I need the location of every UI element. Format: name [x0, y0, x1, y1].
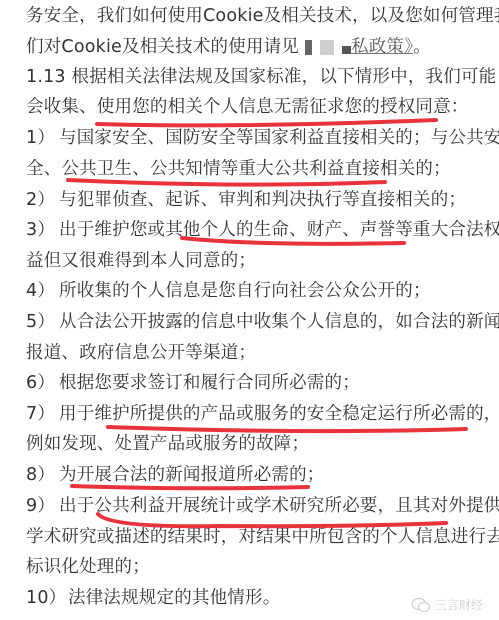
list-number: 6）	[26, 368, 59, 398]
list-item: 10）法律法规规定的其他情形。	[26, 583, 280, 613]
text-line: 标识化处理的；	[26, 552, 150, 582]
list-text: 所收集的个人信息是您自行向社会公众公开的；	[59, 281, 431, 301]
text-line: 例如发现、处置产品或服务的故障；	[26, 429, 309, 459]
list-number: 5）	[26, 307, 59, 337]
text-segment: 。	[413, 37, 431, 57]
redacted-block	[305, 40, 312, 55]
text-line: 们对Cookie及相关技术的使用请见私政策》。	[26, 32, 431, 62]
redacted-block	[342, 46, 351, 54]
list-item: 3）出于维护您或其他个人的生命、财产、声誉等重大合法权	[26, 215, 499, 245]
list-item: 9）出于公共利益开展统计或学术研究所必要，且其对外提供	[26, 491, 499, 521]
list-number: 8）	[26, 460, 59, 490]
list-text: 为开展合法的新闻报道所必需的；	[59, 465, 325, 485]
section-heading: 1.13 根据相关法律法规及国家标准，以下情形中，我们可能	[26, 62, 496, 92]
text-line: 务安全，我们如何使用Cookie及相关技术，以及您如何管理我	[26, 1, 499, 31]
list-item: 8）为开展合法的新闻报道所必需的；	[26, 460, 325, 490]
list-number: 2）	[26, 185, 59, 215]
text-line: 学术研究或描述的结果时，对结果中所包含的个人信息进行去	[26, 522, 499, 552]
list-number: 3）	[26, 215, 59, 245]
text-line: 全、公共卫生、公共知情等重大公共利益直接相关的；	[26, 154, 451, 184]
list-number: 9）	[26, 491, 59, 521]
list-item: 5）从合法公开披露的信息中收集个人信息的，如合法的新闻	[26, 307, 499, 337]
watermark-text: 三言财经	[435, 596, 483, 613]
list-number: 10）	[26, 583, 68, 613]
list-text: 出于公共利益开展统计或学术研究所必要，且其对外提供	[59, 496, 499, 516]
list-text: 出于维护您或其他个人的生命、财产、声誉等重大合法权	[59, 220, 499, 240]
text-line: 报道、政府信息公开等渠道；	[26, 338, 256, 368]
redacted-block	[320, 40, 334, 55]
list-text: 从合法公开披露的信息中收集个人信息的，如合法的新闻	[59, 312, 499, 332]
list-number: 4）	[26, 276, 59, 306]
list-item: 2）与犯罪侦查、起诉、审判和判决执行等直接相关的；	[26, 185, 466, 215]
list-item: 7）用于维护所提供的产品或服务的安全稳定运行所必需的，	[26, 399, 499, 429]
list-item: 6）根据您要求签订和履行合同所必需的；	[26, 368, 360, 398]
list-text: 与国家安全、国防安全等国家利益直接相关的；与公共安	[59, 128, 499, 148]
list-text: 根据您要求签订和履行合同所必需的；	[59, 373, 360, 393]
text-line: 会收集、使用您的相关个人信息无需征求您的授权同意：	[26, 92, 469, 122]
list-number: 7）	[26, 399, 59, 429]
list-text: 法律法规规定的其他情形。	[68, 588, 280, 608]
text-line: 益但又很难得到本人同意的；	[26, 246, 256, 276]
list-number: 1）	[26, 123, 59, 153]
privacy-policy-link[interactable]: 私政策》	[351, 37, 413, 57]
list-item: 4）所收集的个人信息是您自行向社会公众公开的；	[26, 276, 431, 306]
list-item: 1）与国家安全、国防安全等国家利益直接相关的；与公共安	[26, 123, 499, 153]
list-text: 与犯罪侦查、起诉、审判和判决执行等直接相关的；	[59, 190, 466, 210]
text-segment: 们对Cookie及相关技术的使用请见	[26, 37, 299, 57]
wechat-icon	[411, 597, 431, 613]
list-text: 用于维护所提供的产品或服务的安全稳定运行所必需的，	[59, 404, 499, 424]
watermark: 三言财经	[411, 596, 483, 613]
